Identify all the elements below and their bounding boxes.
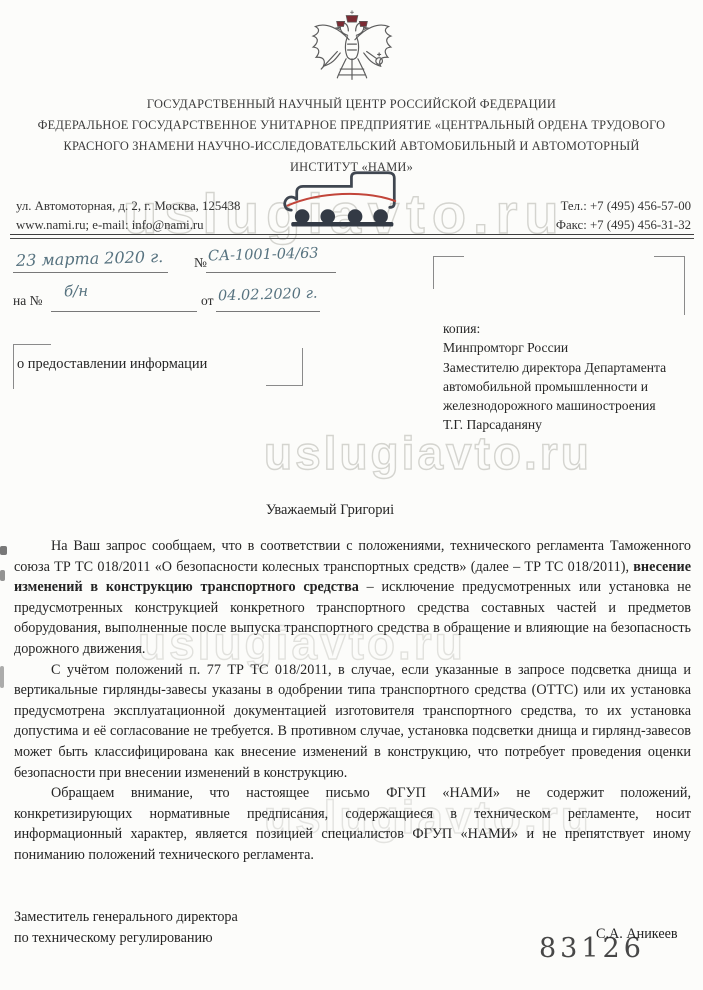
header-divider [10, 234, 694, 239]
salutation: Уважаемый Григориi [170, 502, 490, 519]
body-paragraph: С учётом положений п. 77 ТР ТС 018/2011,… [14, 660, 691, 784]
subject-text: о предоставлении информации [17, 356, 207, 373]
recipient-field-corner-mark [654, 256, 685, 315]
signer-position-line: Заместитель генерального директора [14, 907, 238, 928]
fax-line: Факс: +7 (495) 456-31-32 [556, 216, 691, 235]
recipient-line: Минпромторг России [443, 338, 695, 357]
website-email-line: www.nami.ru; e-mail: info@nami.ru [16, 216, 240, 235]
letter-body: На Ваш запрос сообщаем, что в соответств… [14, 536, 691, 866]
paragraph-text: На Ваш запрос сообщаем, что в соответств… [14, 538, 691, 575]
org-name-line: КРАСНОГО ЗНАМЕНИ НАУЧНО-ИССЛЕДОВАТЕЛЬСКИ… [0, 136, 703, 157]
address-line: ул. Автомоторная, д. 2, г. Москва, 12543… [16, 197, 240, 216]
org-name-block: ГОСУДАРСТВЕННЫЙ НАУЧНЫЙ ЦЕНТР РОССИЙСКОЙ… [0, 94, 703, 178]
scan-artifact [0, 666, 4, 688]
letter-number-handwritten: СА-1001-04/63 [208, 245, 319, 264]
reply-number-handwritten: б/н [64, 282, 89, 301]
org-name-line: ГОСУДАРСТВЕННЫЙ НАУЧНЫЙ ЦЕНТР РОССИЙСКОЙ… [0, 94, 703, 115]
signer-position-line: по техническому регулированию [14, 928, 238, 949]
body-paragraph: Обращаем внимание, что настоящее письмо … [14, 783, 691, 865]
contact-block: Тел.: +7 (495) 456-57-00 Факс: +7 (495) … [556, 197, 691, 235]
nami-logo-icon [276, 170, 436, 232]
recipient-line: Заместителю директора Департамента [443, 358, 695, 377]
recipient-line: Т.Г. Парсаданяну [443, 415, 695, 434]
scan-artifact [0, 570, 5, 581]
scanned-letter-page: uslugiavto.ru uslugiavto.ru uslugiavto.r… [0, 0, 703, 990]
recipient-block: копия: Минпромторг России Заместителю ди… [443, 319, 695, 435]
signer-name: С.А. Аникеев [596, 926, 678, 943]
russian-coat-of-arms-icon [308, 8, 396, 92]
recipient-line: автомобильной промышленности и [443, 377, 695, 396]
signer-position: Заместитель генерального директора по те… [14, 907, 238, 949]
subject-field-corner-mark [266, 348, 303, 386]
recipient-line: железнодорожного машиностроения [443, 396, 695, 415]
from-label: от [201, 293, 213, 309]
from-date-handwritten: 04.02.2020 г. [218, 286, 318, 305]
body-paragraph: На Ваш запрос сообщаем, что в соответств… [14, 536, 691, 660]
phone-line: Тел.: +7 (495) 456-57-00 [556, 197, 691, 216]
recipient-field-corner-mark [433, 256, 464, 289]
number-label: № [194, 255, 207, 271]
copy-label: копия: [443, 319, 695, 338]
reply-to-label: на № [13, 293, 42, 309]
address-block: ул. Автомоторная, д. 2, г. Москва, 12543… [16, 197, 240, 235]
org-name-line: ФЕДЕРАЛЬНОЕ ГОСУДАРСТВЕННОЕ УНИТАРНОЕ ПР… [0, 115, 703, 136]
scan-artifact [0, 546, 7, 555]
